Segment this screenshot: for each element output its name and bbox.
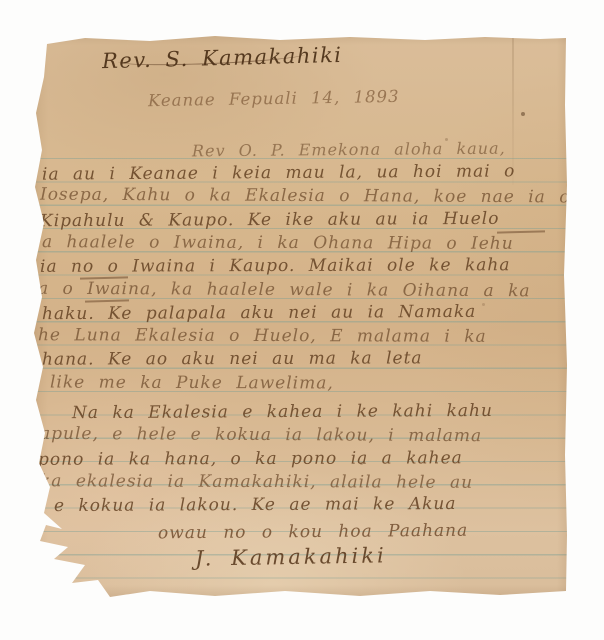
body-line: haku. Ke palapala aku nei au ia Namaka bbox=[42, 301, 476, 326]
signature: J. Kamakahiki bbox=[195, 544, 387, 570]
body-line: ka ekalesia ia Kamakahiki, alaila hele a… bbox=[40, 470, 473, 495]
ink-speck bbox=[521, 112, 525, 116]
body-line: a haalele o Iwaina, i ka Ohana Hipa o Ie… bbox=[42, 231, 514, 256]
body-line: e kokua ia lakou. Ke ae mai ke Akua bbox=[54, 493, 457, 518]
ink-speck bbox=[482, 303, 485, 306]
body-line: ia no o Iwaina i Kaupo. Maikai ole ke ka… bbox=[40, 254, 511, 279]
closing-line: owau no o kou hoa Paahana bbox=[158, 520, 468, 546]
letter-scan-background: Rev. S. Kamakahiki Keanae Fepuali 14, 18… bbox=[0, 0, 604, 640]
body-line: ia au i Keanae i keia mau la, ua hoi mai… bbox=[42, 160, 515, 186]
body-line: apule, e hele e kokua ia lakou, i malama bbox=[40, 423, 482, 448]
body-line: Kipahulu & Kaupo. Ke ike aku au ia Huelo bbox=[40, 208, 500, 233]
salutation: Rev O. P. Emekona aloha kaua, bbox=[192, 137, 506, 163]
body-line: Iosepa, Kahu o ka Ekalesia o Hana, koe n… bbox=[40, 184, 571, 210]
ink-underline-mark bbox=[497, 230, 545, 233]
ink-underline-mark bbox=[85, 299, 129, 302]
body-line: Na ka Ekalesia e kahea i ke kahi kahu bbox=[72, 400, 493, 425]
body-line: like me ka Puke Lawelima, bbox=[50, 372, 334, 396]
letter-paper: Rev. S. Kamakahiki Keanae Fepuali 14, 18… bbox=[30, 35, 567, 597]
body-line: pono ia ka hana, o ka pono ia a kahea bbox=[38, 447, 463, 471]
body-line: hana. Ke ao aku nei au ma ka leta bbox=[42, 347, 423, 371]
dateline: Keanae Fepuali 14, 1893 bbox=[148, 85, 400, 112]
body-line: he Luna Ekalesia o Huelo, E malama i ka bbox=[38, 324, 487, 349]
